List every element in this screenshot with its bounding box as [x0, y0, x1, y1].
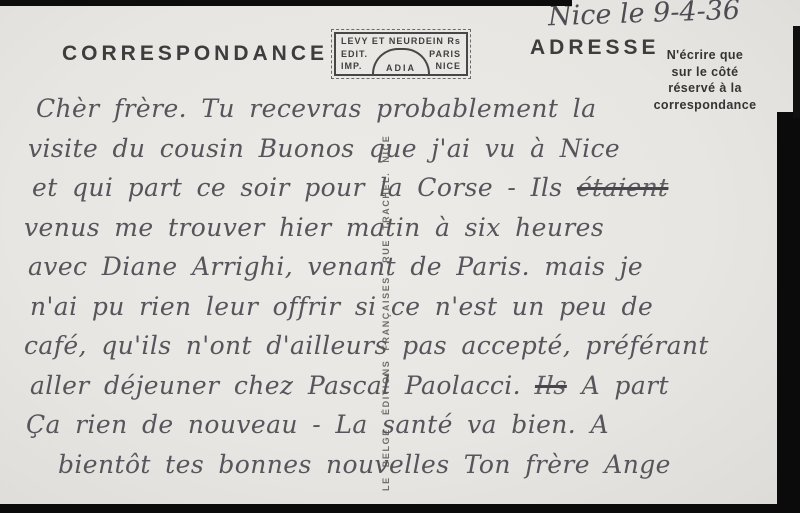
message-line: aller déjeuner chez Pascal Paolacci. Ils… [24, 371, 776, 411]
message-line: bientôt tes bonnes nouvelles Ton frère A… [24, 450, 776, 490]
stamp-edit-label: EDIT. [341, 49, 368, 60]
message-text: café, qu'ils n'ont d'ailleurs pas accept… [24, 331, 709, 360]
message-line: Ça rien de nouveau - La santé va bien. A [24, 410, 776, 450]
scan-border-top [0, 0, 572, 6]
stamp-imp-label: IMP. [341, 61, 362, 72]
message-line: café, qu'ils n'ont d'ailleurs pas accept… [24, 331, 776, 371]
message-line: visite du cousin Buonos que j'ai vu à Ni… [24, 134, 776, 174]
note-line: sur le côté [630, 64, 780, 81]
message-text: et qui part ce soir pour la Corse - Ils [32, 173, 577, 202]
note-line: N'écrire que [630, 47, 780, 64]
stamp-publisher-name: LEVY ET NEURDEIN Rs [341, 36, 461, 47]
scan-border-right [777, 112, 800, 513]
postcard-scan: LE BELGE. ÉDITIONS FRANÇAISES. RUE TRACH… [0, 0, 800, 513]
message-text: bientôt tes bonnes nouvelles Ton frère A… [58, 450, 671, 479]
publisher-stamp-inner: LEVY ET NEURDEIN Rs EDIT. PARIS IMP. NIC… [334, 32, 468, 76]
handwritten-message: Chèr frère. Tu recevras probablement la … [24, 94, 776, 489]
stamp-paris-label: PARIS [429, 49, 461, 60]
message-text: aller déjeuner chez Pascal Paolacci. [30, 371, 535, 400]
publisher-stamp-box: LEVY ET NEURDEIN Rs EDIT. PARIS IMP. NIC… [331, 29, 471, 79]
message-line: venus me trouver hier matin à six heures [24, 213, 776, 253]
message-line: avec Diane Arrighi, venant de Paris. mai… [24, 252, 776, 292]
correspondence-label: CORRESPONDANCE [62, 42, 328, 66]
message-text: avec Diane Arrighi, venant de Paris. mai… [28, 252, 643, 281]
message-text: venus me trouver hier matin à six heures [24, 213, 604, 242]
message-line: n'ai pu rien leur offrir si ce n'est un … [24, 292, 776, 332]
message-text: A part [567, 371, 669, 400]
message-text: visite du cousin Buonos que j'ai vu à Ni… [28, 134, 620, 163]
stamp-row-publisher: LEVY ET NEURDEIN Rs [341, 36, 461, 47]
message-text: n'ai pu rien leur offrir si ce n'est un … [30, 292, 653, 321]
stamp-adia-label: ADIA [386, 63, 416, 73]
struck-word: Ils [534, 371, 568, 400]
struck-word: étaient [576, 173, 670, 202]
scan-border-bottom [0, 504, 800, 513]
scan-border-right-upper [793, 26, 800, 118]
message-line: Chèr frère. Tu recevras probablement la [24, 94, 776, 134]
message-text: Chèr frère. Tu recevras probablement la [36, 94, 596, 123]
message-text: Ça rien de nouveau - La santé va bien. A [26, 410, 609, 439]
stamp-nice-label: NICE [435, 61, 461, 72]
message-line: et qui part ce soir pour la Corse - Ils … [24, 173, 776, 213]
